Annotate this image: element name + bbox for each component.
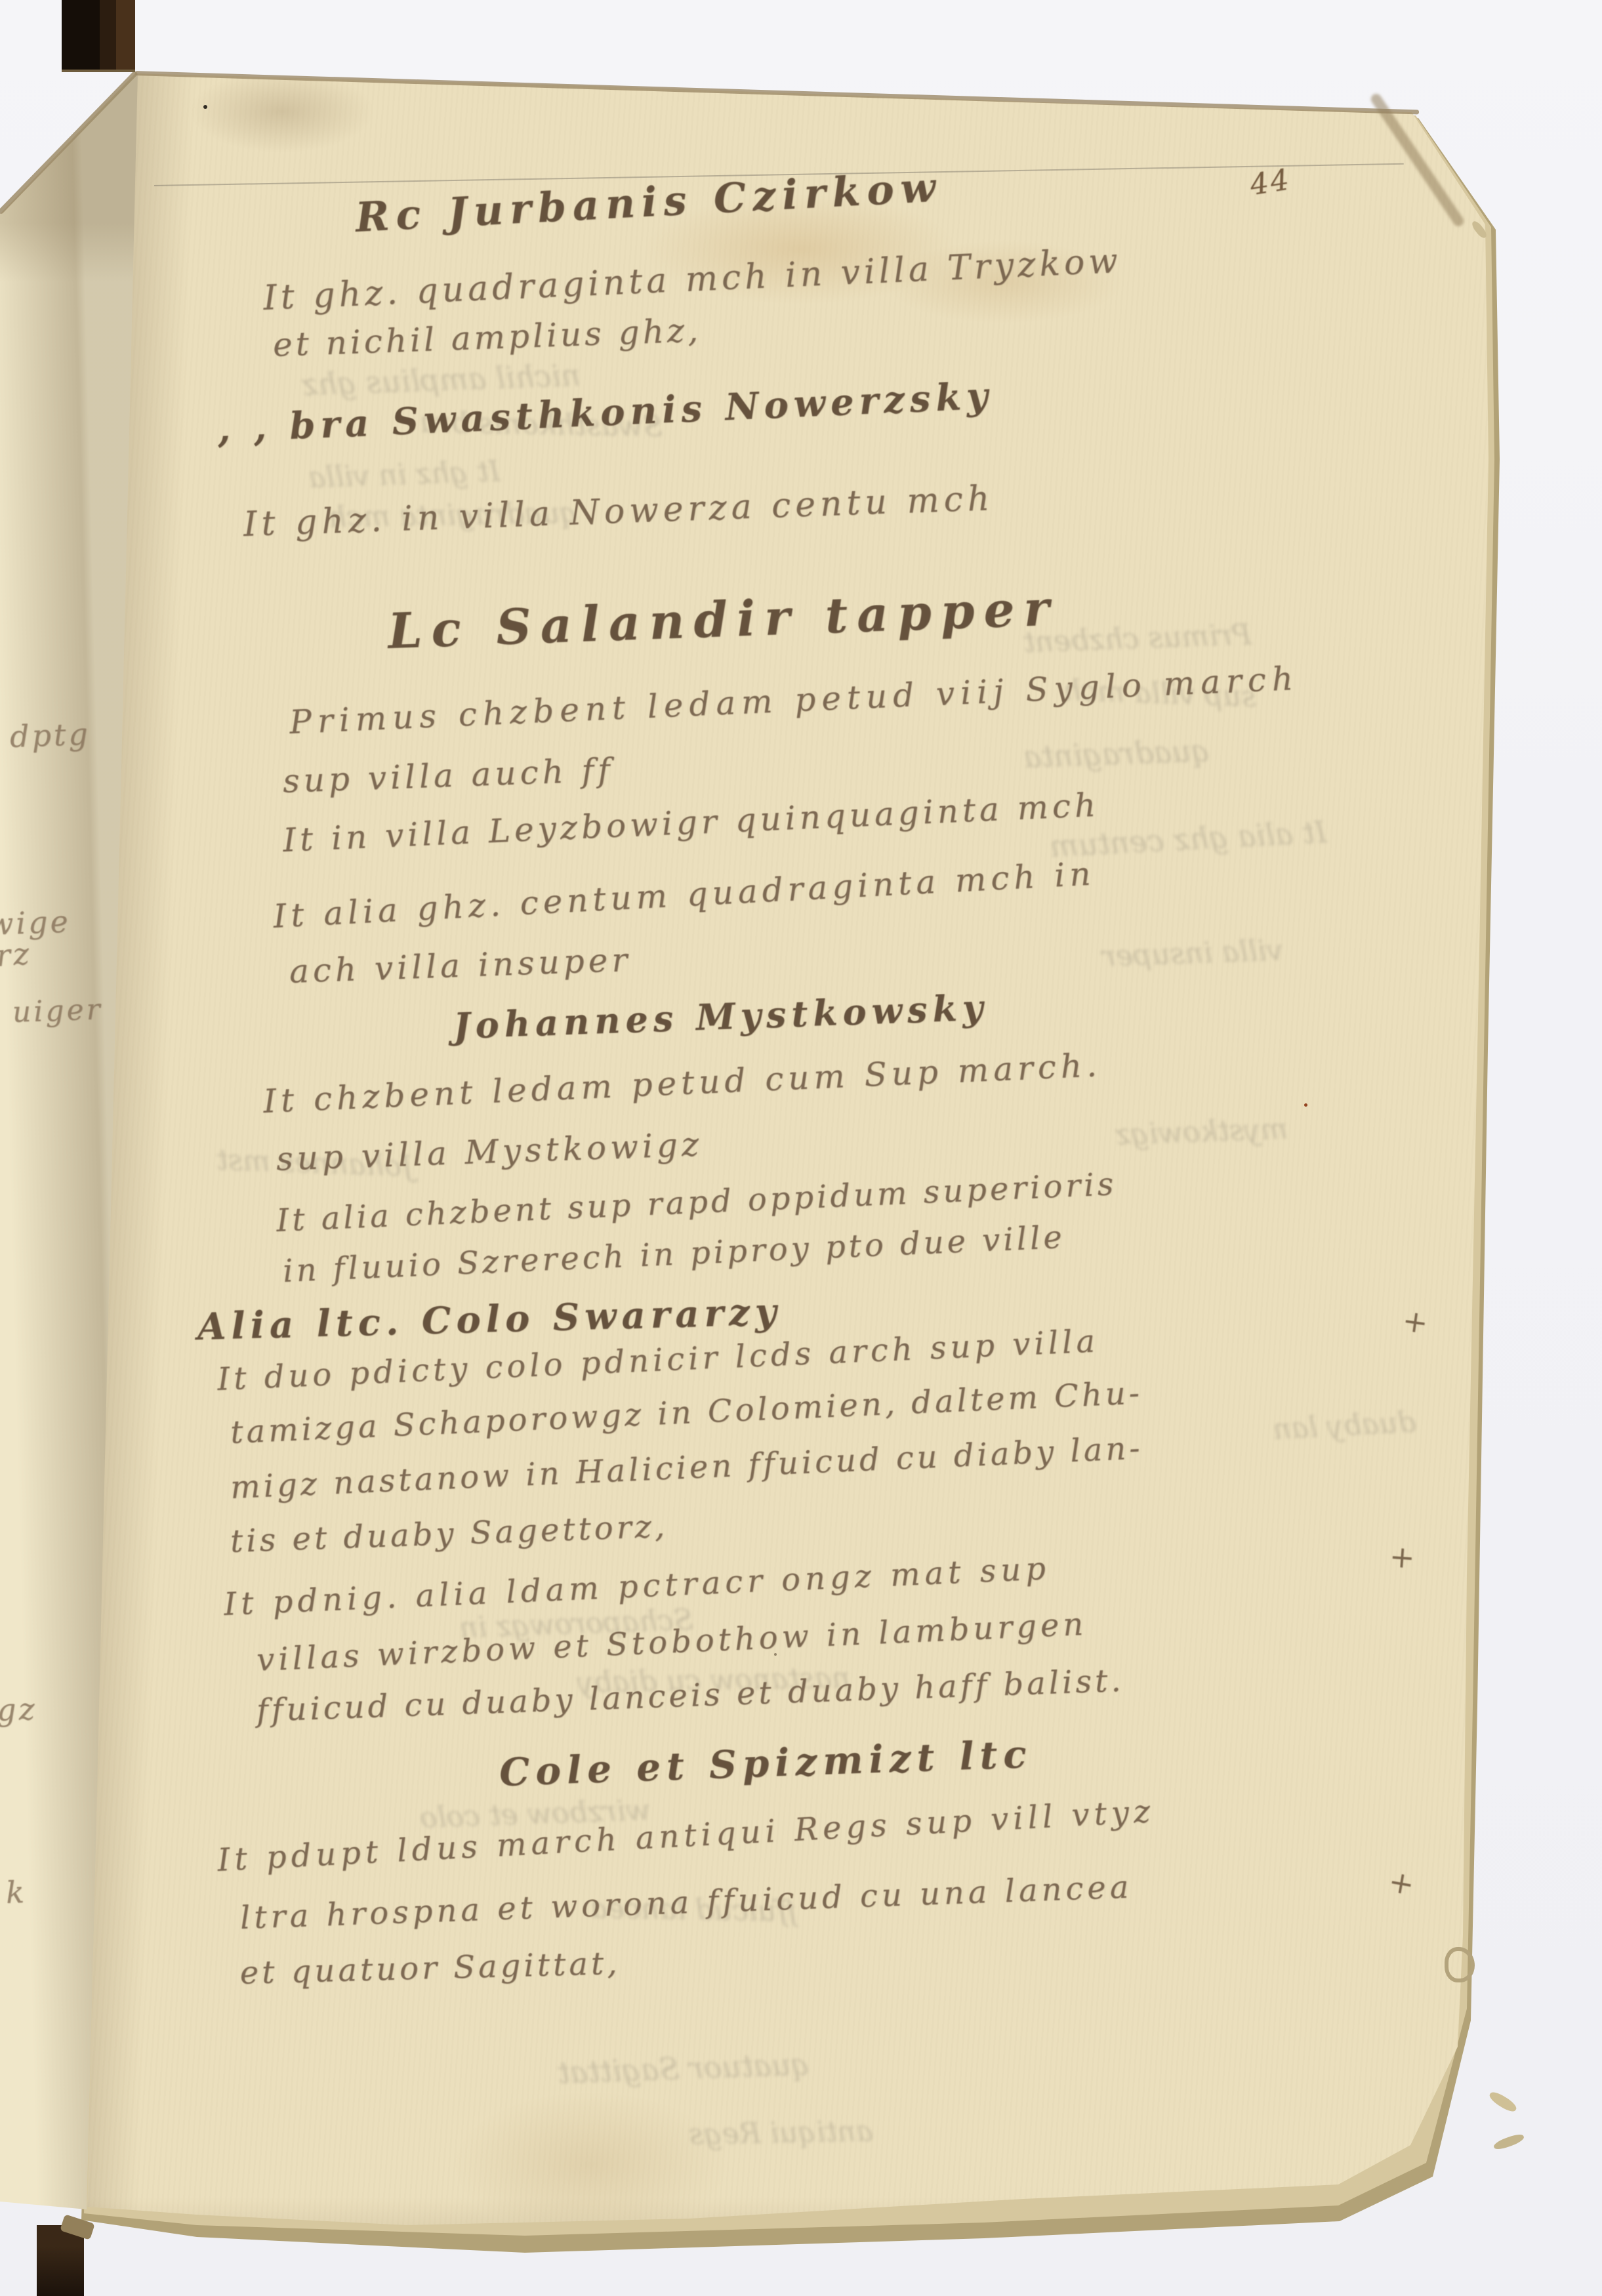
ink-speck <box>203 105 207 109</box>
manuscript-heading-line: Johannes Mystkowsky <box>453 987 989 1047</box>
manuscript-heading-line: Lc Salandir tapper <box>387 580 1059 660</box>
manuscript-text-line: It chzbent ledam petud cum Sup march. <box>262 1046 1102 1120</box>
manuscript-text-line: It in villa Leyzbowigr quinquaginta mch <box>282 786 1100 859</box>
margin-cross-mark: + <box>1400 1302 1430 1341</box>
ink-speck <box>774 1653 777 1656</box>
manuscript-text-line: ach villa insuper <box>289 941 632 991</box>
manuscript-text-line: It ghz. in villa Nowerza centu mch <box>243 479 995 544</box>
manuscript-text-line: Primus chzbent ledam petud viij Syglo ma… <box>289 659 1300 741</box>
manuscript-text-line: It ghz. quadraginta mch in villa Tryzkow <box>262 241 1122 318</box>
manuscript-scan: nichil amplius ghzSwasthkonis braIt ghz … <box>0 0 1602 2296</box>
facing-page-text-fragment: dptg <box>9 716 91 754</box>
ink-speck <box>1304 1103 1307 1107</box>
manuscript-text-line: sup villa auch ff <box>282 750 615 800</box>
manuscript-text-line: ltra hrospna et worona ffuicud cu una la… <box>239 1868 1133 1936</box>
facing-page-text-fragment: uiger <box>12 993 103 1029</box>
manuscript-text-line: It alia ghz. centum quadraginta mch in <box>272 854 1096 935</box>
facing-page-text-fragment: rz <box>0 935 33 974</box>
binding-thread-loop <box>1445 1947 1475 1982</box>
manuscript-text-line: tis et duaby Sagettorz, <box>230 1508 668 1560</box>
folio-number: 44 <box>1248 163 1293 202</box>
facing-page-text-fragment: k <box>5 1874 28 1910</box>
manuscript-text-line: It pdnig. alia ldam pctracr ongz mat sup <box>223 1550 1051 1623</box>
margin-cross-mark: + <box>1386 1863 1417 1902</box>
margin-cross-mark: + <box>1388 1538 1416 1576</box>
manuscript-heading-line: Rc Jurbanis Czirkow <box>354 163 943 241</box>
manuscript-heading-line: Cole et Spizmizt ltc <box>499 1732 1033 1795</box>
manuscript-text-line: sup villa Mystkowigz <box>276 1125 703 1178</box>
manuscript-text-line: It pdupt ldus march antiqui Regs sup vil… <box>216 1793 1156 1879</box>
handwriting-layer: Rc Jurbanis CzirkowIt ghz. quadraginta m… <box>0 0 1602 2296</box>
facing-page-text-fragment: gz <box>0 1691 38 1728</box>
manuscript-text-line: et nichil amplius ghz, <box>272 311 702 364</box>
manuscript-text-line: et quatuor Sagittat, <box>239 1945 621 1992</box>
facing-page-text-fragment: wige <box>0 904 72 942</box>
manuscript-heading-line: , , bra Swasthkonis Nowerzsky <box>216 374 994 451</box>
